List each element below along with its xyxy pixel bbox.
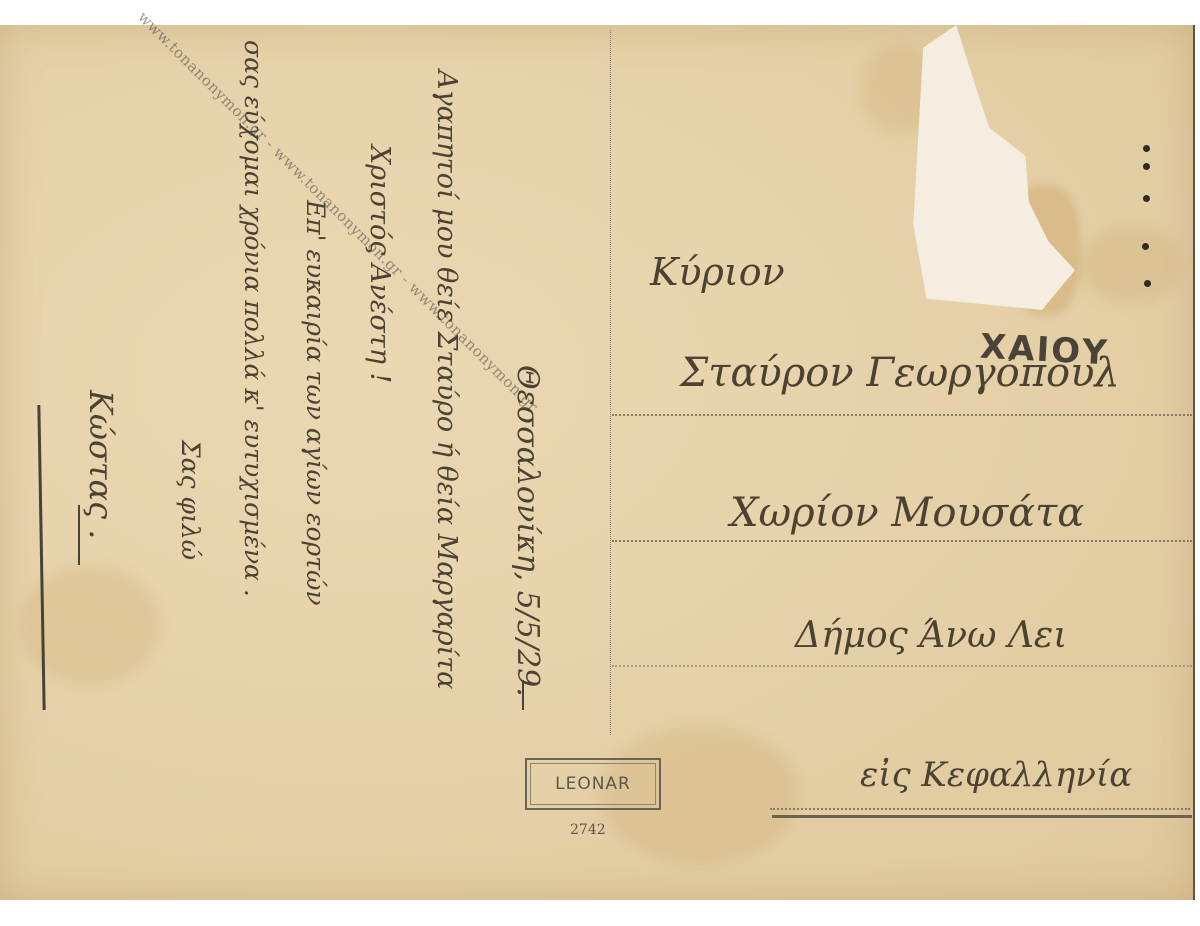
- address-line: [612, 665, 1192, 667]
- address-municipality: Δήμος Άνω Λει: [795, 615, 1067, 656]
- date-dash: [522, 680, 524, 710]
- message-line-3: Επ' ευκαιρία των αγίων εορτών: [301, 200, 330, 606]
- address-line: [612, 414, 1192, 416]
- paper-stain: [1080, 225, 1180, 305]
- message-closing: Σας φιλώ: [176, 440, 205, 560]
- postcard: ΧΑΙΟΥ Κύριον Σταύρον Γεωργόπουλ Χωρίον Μ…: [0, 25, 1195, 900]
- signature-dash: [78, 505, 80, 565]
- publisher-number: 2742: [570, 822, 606, 838]
- address-region: εἰς Κεφαλληνία: [860, 755, 1132, 795]
- publisher-stamp: LEONAR: [525, 758, 661, 810]
- address-line: [770, 808, 1190, 810]
- postmark-dot: [1142, 243, 1149, 250]
- address-line: [612, 540, 1192, 542]
- address-village: Χωρίον Μουσάτα: [730, 490, 1084, 536]
- postmark-dot: [1143, 195, 1150, 202]
- postmark-dot: [1144, 280, 1151, 287]
- address-underline: [772, 815, 1192, 818]
- address-name: Σταύρον Γεωργόπουλ: [680, 350, 1120, 396]
- postmark-dot: [1143, 163, 1150, 170]
- postmark-dot: [1143, 145, 1150, 152]
- message-line-1: Αγαπητοί μου θείε Σταύρο ή θεία Μαργαρίτ…: [431, 70, 462, 689]
- torn-stamp-area: [910, 25, 1075, 310]
- message-signature: Κώστας .: [82, 390, 120, 539]
- address-salutation: Κύριον: [650, 250, 785, 294]
- postcard-divider: [610, 30, 611, 735]
